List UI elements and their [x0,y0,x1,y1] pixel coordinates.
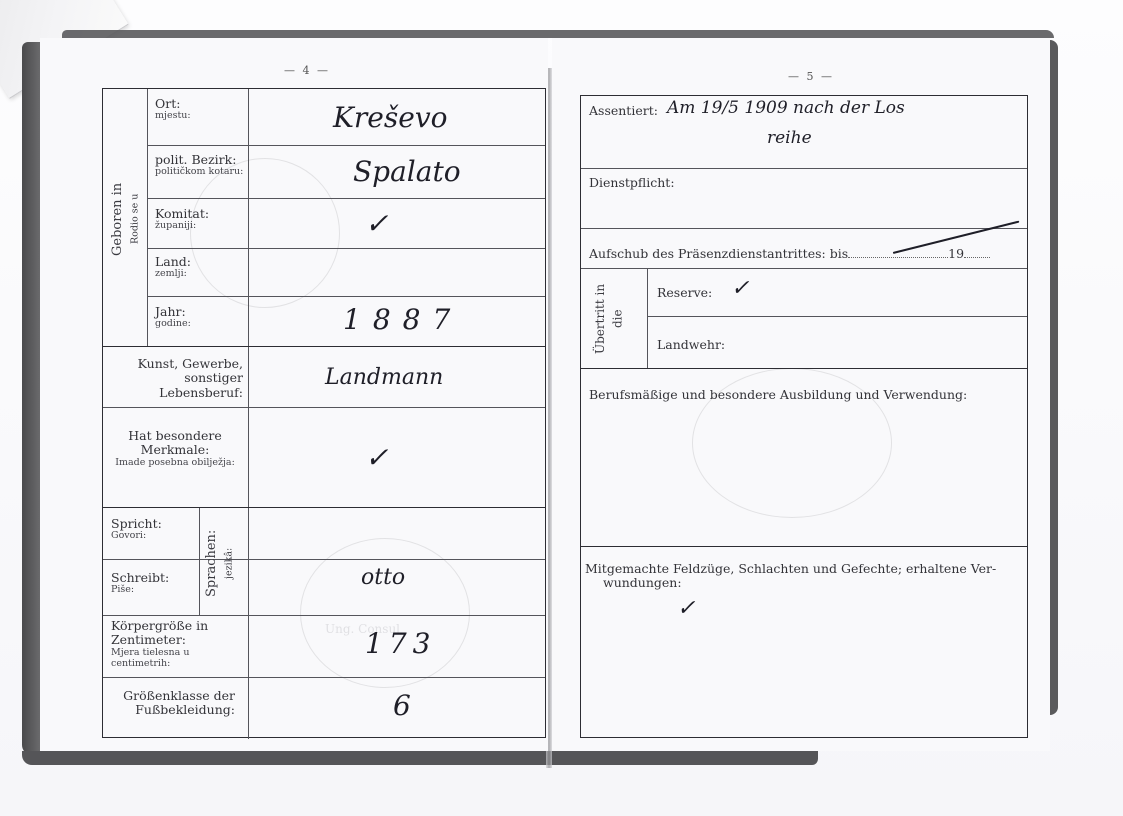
row-divider [647,316,1027,317]
row-divider [103,559,545,560]
aufschub-label: Aufschub des Präsenzdienstantrittes: bis… [589,244,990,262]
row-divider [147,145,545,146]
row-divider [103,615,545,616]
komitat-label: Komitat: županiji: [155,207,209,232]
cover-edge-bottom [22,751,818,765]
marks-label: Hat besondere Merkmale: Imade posebna ob… [107,429,243,469]
row-divider [147,296,545,297]
ort-value: Kreševo [333,101,448,134]
row-divider [581,228,1027,229]
row-divider [103,507,545,508]
height-value: 173 [365,627,436,660]
writes-label: Schreibt: Piše: [111,571,169,596]
page-number: — 4 — [284,64,330,77]
reserve-value: ✓ [731,276,749,301]
column-divider [199,507,200,615]
land-label: Land: zemlji: [155,255,191,280]
languages-group-label: Sprachen: jezikâ: [203,515,243,611]
height-label: Körpergröße in Zentimeter: Mjera tielesn… [111,619,245,670]
uebertritt-group-label: Übertritt in die [591,276,639,362]
bezirk-label: polit. Bezirk: političkom kotaru: [155,153,243,178]
reserve-label: Reserve: [657,286,712,300]
speaks-label: Spricht: Govori: [111,517,162,542]
marks-value: ✓ [365,441,388,474]
writes-value: otto [361,565,405,590]
page-5: — 5 — Assentiert: Am 19/5 1909 nach der … [552,38,1050,751]
row-divider [147,198,545,199]
assentiert-value-line1: Am 19/5 1909 nach der Los [667,98,905,118]
cover-edge-right [1050,40,1058,715]
assentiert-label: Assentiert: [589,104,658,118]
dienstpflicht-label: Dienstpflicht: [589,176,675,190]
occupation-value: Landmann [325,365,443,390]
landwehr-label: Landwehr: [657,338,725,352]
row-divider [103,677,545,678]
row-divider [581,168,1027,169]
military-booklet: — 4 — Ung. Consul Geboren in Rodio se u [22,30,1058,765]
komitat-value: ✓ [365,207,388,240]
jahr-label: Jahr: godine: [155,305,191,330]
feldzuege-label: Mitgemachte Feldzüge, Schlachten und Gef… [585,562,996,591]
cover-edge-top [62,30,1054,38]
row-divider [581,546,1027,547]
personal-data-form: Geboren in Rodio se u Ort: mjestu: Kreše… [102,88,546,738]
shoe-size-value: 6 [393,689,411,722]
page-number: — 5 — [788,70,834,83]
occupation-label: Kunst, Gewerbe, sonstiger Lebensberuf: [107,357,243,400]
row-divider [147,248,545,249]
born-in-group-label: Geboren in Rodio se u [109,129,143,309]
military-service-form: Assentiert: Am 19/5 1909 nach der Los re… [580,95,1028,738]
row-divider [581,368,1027,369]
column-divider [248,89,249,739]
shoe-size-label: Größenklasse der Fußbekleidung: [107,689,235,718]
jahr-value: 1887 [343,303,462,336]
cover-edge-left [22,42,40,755]
ausbildung-label: Berufsmäßige und besondere Ausbildung un… [589,388,967,402]
row-divider [103,407,545,408]
row-divider [103,346,545,347]
column-divider [647,268,648,368]
column-divider [147,89,148,346]
bezirk-value: Spalato [353,155,461,188]
ort-label: Ort: mjestu: [155,97,191,122]
feldzuege-value: ✓ [677,596,695,621]
assentiert-value-line2: reihe [767,128,812,148]
page-4: — 4 — Ung. Consul Geboren in Rodio se u [40,38,548,751]
